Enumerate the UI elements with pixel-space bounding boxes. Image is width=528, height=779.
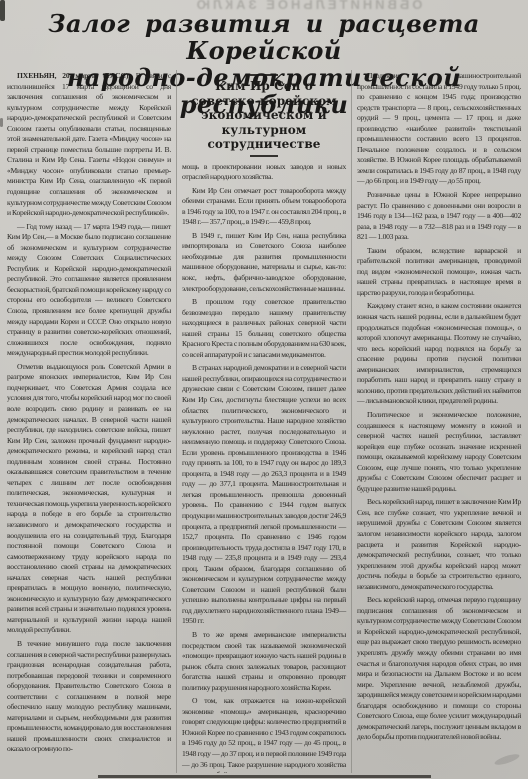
bottom-rule [98, 775, 431, 778]
paragraph: Весь корейский народ, пишет в заключение… [357, 497, 521, 592]
paragraph: О том, как отражается на южно-корейской … [182, 696, 346, 773]
column-divider [351, 70, 352, 773]
column-middle: Ким Ир Сен о советско-корейском экономич… [177, 70, 351, 773]
column-right: Продукция машиностроительной промышленно… [352, 70, 526, 773]
newspaper-page: { "page": { "ghost_text": "ОБВИНИТЕЛЬНОЕ… [0, 0, 528, 779]
ink-smudge [0, 118, 3, 127]
paragraph: В то же время американские империалисты … [182, 630, 346, 693]
article-headline: Залог развития и расцвета Корейской наро… [0, 10, 528, 118]
paragraph: Ким Ир Сен отмечает рост товарооборота м… [182, 186, 346, 228]
paragraph: Отметив выдающуюся роль Советской Армии … [7, 362, 171, 636]
paragraph: В течение минувшего года после заключени… [7, 639, 171, 755]
masthead: Залог развития и расцвета Корейской наро… [0, 0, 528, 68]
paragraph: Каждому станет ясно, в каком состоянии о… [357, 301, 521, 406]
dash-ornament [250, 155, 278, 157]
paragraph: Таким образом, вследствие варварской и г… [357, 246, 521, 299]
paragraph: В странах народной демократии и в северн… [182, 363, 346, 627]
headline-line-1: Залог развития и расцвета Корейской [0, 10, 528, 64]
paragraph: В 1949 г., пишет Ким Ир Сен, наша респуб… [182, 231, 346, 294]
paragraph: Весь корейский народ, отмечая первую год… [357, 595, 521, 743]
column-divider [176, 70, 177, 773]
column-left: ПХЕНЬЯН, 20 марта. (ТАСС). В связи с исп… [2, 70, 176, 773]
headline-line-2: народно-демократической республики [0, 64, 528, 118]
paragraph: — Год тому назад — 17 марта 1949 года,— … [7, 222, 171, 359]
paragraph: Розничные цены в Южной Корее непрерывно … [357, 190, 521, 243]
paragraph: Политическое и экономическое положение, … [357, 410, 521, 494]
paragraph: В прошлом году советское правительство б… [182, 297, 346, 360]
article-body: ПХЕНЬЯН, 20 марта. (ТАСС). В связи с исп… [2, 70, 526, 773]
paragraph: мощь в проектировании новых заводов и но… [182, 162, 346, 183]
